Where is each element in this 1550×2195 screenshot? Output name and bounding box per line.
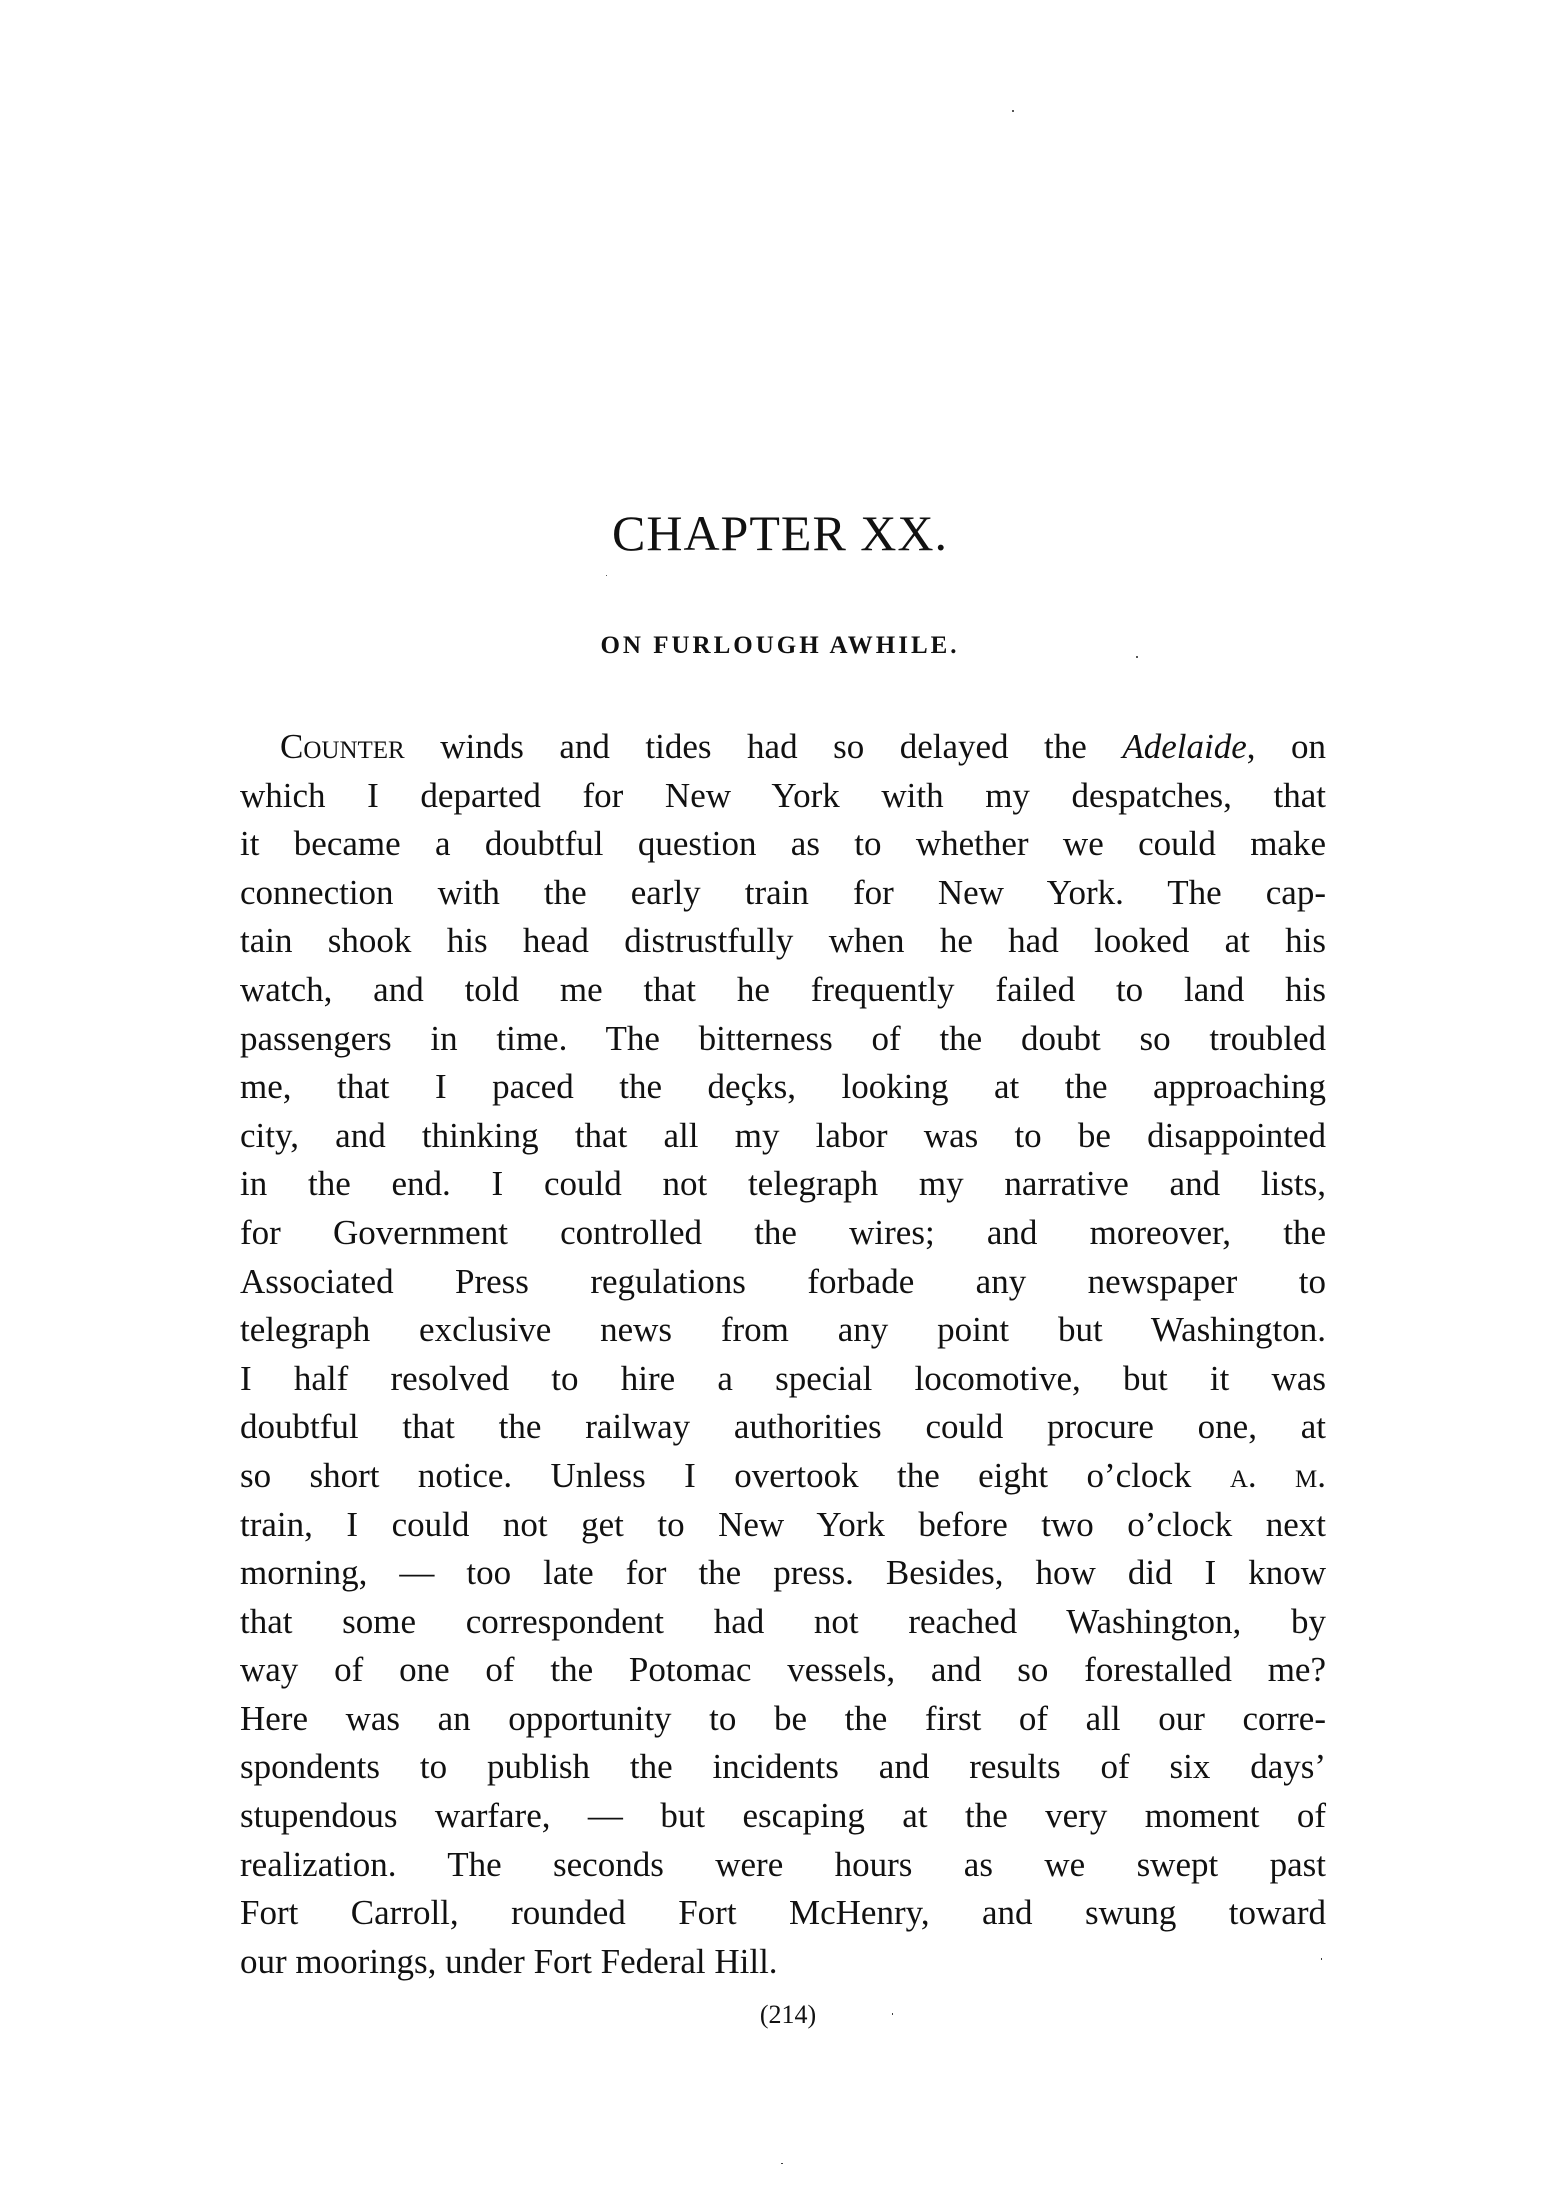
text-line: tain shook his head distrustfully when h… <box>240 917 1326 966</box>
text-line: Here was an opportunity to be the first … <box>240 1695 1326 1744</box>
text-line: connection with the early train for New … <box>240 869 1326 918</box>
chapter-subtitle: ON FURLOUGH AWHILE. <box>0 630 1550 662</box>
text-line: it became a doubtful question as to whet… <box>240 820 1326 869</box>
text-line: Associated Press regulations forbade any… <box>240 1258 1326 1307</box>
chapter-title: CHAPTER XX. <box>0 503 1550 563</box>
text-line: morning, — too late for the press. Besid… <box>240 1549 1326 1598</box>
text-line: for Government controlled the wires; and… <box>240 1209 1326 1258</box>
text-line: realization. The seconds were hours as w… <box>240 1841 1326 1890</box>
text-line: so short notice. Unless I overtook the e… <box>240 1452 1326 1501</box>
book-page: CHAPTER XX. ON FURLOUGH AWHILE. Counter … <box>0 0 1550 2195</box>
text-line: watch, and told me that he frequently fa… <box>240 966 1326 1015</box>
text-line: in the end. I could not telegraph my nar… <box>240 1160 1326 1209</box>
time-abbreviation: a. m. <box>1230 1456 1326 1495</box>
text-line: me, that I paced the deçks, looking at t… <box>240 1063 1326 1112</box>
text-line: that some correspondent had not reached … <box>240 1598 1326 1647</box>
text-line: our moorings, under Fort Federal Hill. <box>240 1938 1326 1987</box>
text-line: stupendous warfare, — but escaping at th… <box>240 1792 1326 1841</box>
text-line: doubtful that the railway authorities co… <box>240 1403 1326 1452</box>
drop-smallcaps-word: Counter <box>280 727 405 766</box>
scan-speck <box>606 575 607 576</box>
chapter-paragraph: Counter winds and tides had so delayed t… <box>240 723 1326 1986</box>
text-line: passengers in time. The bitterness of th… <box>240 1015 1326 1064</box>
text-line: city, and thinking that all my labor was… <box>240 1112 1326 1161</box>
text-line: spondents to publish the incidents and r… <box>240 1743 1326 1792</box>
text-line: telegraph exclusive news from any point … <box>240 1306 1326 1355</box>
text-line: way of one of the Potomac vessels, and s… <box>240 1646 1326 1695</box>
text-line: train, I could not get to New York befor… <box>240 1501 1326 1550</box>
ship-name: Adelaide <box>1122 727 1246 766</box>
text-line: which I departed for New York with my de… <box>240 772 1326 821</box>
text-line: Fort Carroll, rounded Fort McHenry, and … <box>240 1889 1326 1938</box>
text-line: Counter winds and tides had so delayed t… <box>240 723 1326 772</box>
page-number: (214) <box>0 2000 1550 2030</box>
text-line: I half resolved to hire a special locomo… <box>240 1355 1326 1404</box>
scan-speck <box>1012 110 1014 112</box>
scan-speck <box>781 2163 783 2164</box>
